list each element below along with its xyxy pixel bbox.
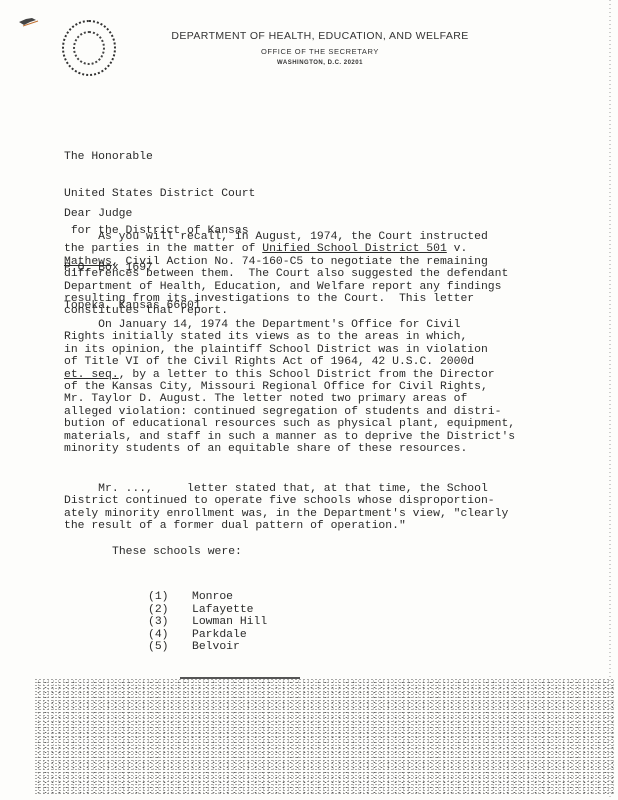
text-line: District continued to operate five schoo… [64, 495, 594, 507]
list-item: (4)Parkdale [148, 629, 267, 642]
text-fragment: , Civil Action No. 74-160-C5 to negotiat… [112, 256, 488, 268]
text-line: differences between them. The Court also… [64, 268, 594, 280]
text-line: On January 14, 1974 the Department's Off… [64, 319, 594, 331]
eagle-emblem-icon [18, 16, 44, 28]
office-name: OFFICE OF THE SECRETARY [130, 47, 510, 56]
text-line: of Title VI of the Civil Rights Act of 1… [64, 356, 594, 368]
list-number: (1) [148, 591, 192, 604]
text-line: the result of a former dual pattern of o… [64, 520, 594, 532]
list-number: (4) [148, 629, 192, 642]
text-line: of the Kansas City, Missouri Regional Of… [64, 381, 594, 393]
text-line: ately minority enrollment was, in the De… [64, 508, 594, 520]
paragraph-3: Mr. ..., letter stated that, at that tim… [64, 483, 594, 533]
list-item: (3)Lowman Hill [148, 616, 267, 629]
list-number: (2) [148, 604, 192, 617]
address-line: The Honorable [64, 151, 255, 163]
text-line: As you will recall, in August, 1974, the… [64, 231, 594, 243]
text-line: Mathews, Civil Action No. 74-160-C5 to n… [64, 256, 594, 268]
department-name: DEPARTMENT OF HEALTH, EDUCATION, AND WEL… [130, 30, 510, 42]
text-line: the parties in the matter of Unified Sch… [64, 243, 594, 255]
text-line: resulting from its investigations to the… [64, 293, 594, 305]
text-fragment: , by a letter to this School District fr… [119, 369, 495, 381]
paragraph-2: On January 14, 1974 the Department's Off… [64, 319, 594, 455]
text-line: in its opinion, the plaintiff School Dis… [64, 344, 594, 356]
list-item: (5)Belvoir [148, 641, 267, 654]
text-line: materials, and staff in such a manner as… [64, 431, 594, 443]
text-line: Mr. ..., letter stated that, at that tim… [64, 483, 594, 495]
scan-edge-marks [609, 0, 611, 800]
text-line: minority students of an equitable share … [64, 443, 594, 455]
address-line: United States District Court [64, 188, 255, 200]
letterhead: DEPARTMENT OF HEALTH, EDUCATION, AND WEL… [130, 20, 510, 66]
citation-et-seq: et. seq. [64, 369, 119, 381]
salutation: Dear Judge [64, 208, 132, 220]
paragraph-1: As you will recall, in August, 1974, the… [64, 231, 594, 318]
text-line: et. seq., by a letter to this School Dis… [64, 369, 594, 381]
department-seal-icon [62, 20, 116, 76]
scan-noise-region [34, 678, 614, 796]
case-name: Unified School District 501 [262, 243, 447, 255]
text-fragment: v. [447, 243, 468, 255]
text-line: Mr. Taylor D. August. The letter noted t… [64, 393, 594, 405]
list-item: (1)Monroe [148, 591, 267, 604]
text-line: alleged violation: continued segregation… [64, 406, 594, 418]
school-name: Belvoir [192, 641, 240, 653]
text-line: Rights initially stated its views as to … [64, 331, 594, 343]
text-line: Department of Health, Education, and Wel… [64, 281, 594, 293]
list-number: (3) [148, 616, 192, 629]
school-name: Lafayette [192, 604, 254, 616]
letter-page: DEPARTMENT OF HEALTH, EDUCATION, AND WEL… [0, 0, 618, 800]
text-fragment: the parties in the matter of [64, 243, 262, 255]
schools-list: (1)Monroe (2)Lafayette (3)Lowman Hill (4… [148, 591, 267, 654]
text-line: constitutes that report. [64, 305, 594, 317]
list-number: (5) [148, 641, 192, 654]
school-name: Parkdale [192, 629, 247, 641]
list-item: (2)Lafayette [148, 604, 267, 617]
schools-intro: These schools were: [112, 546, 242, 558]
school-name: Lowman Hill [192, 616, 267, 628]
text-line: bution of educational resources such as … [64, 418, 594, 430]
case-defendant: Mathews [64, 256, 112, 268]
office-city: WASHINGTON, D.C. 20201 [130, 60, 510, 66]
school-name: Monroe [192, 591, 233, 603]
